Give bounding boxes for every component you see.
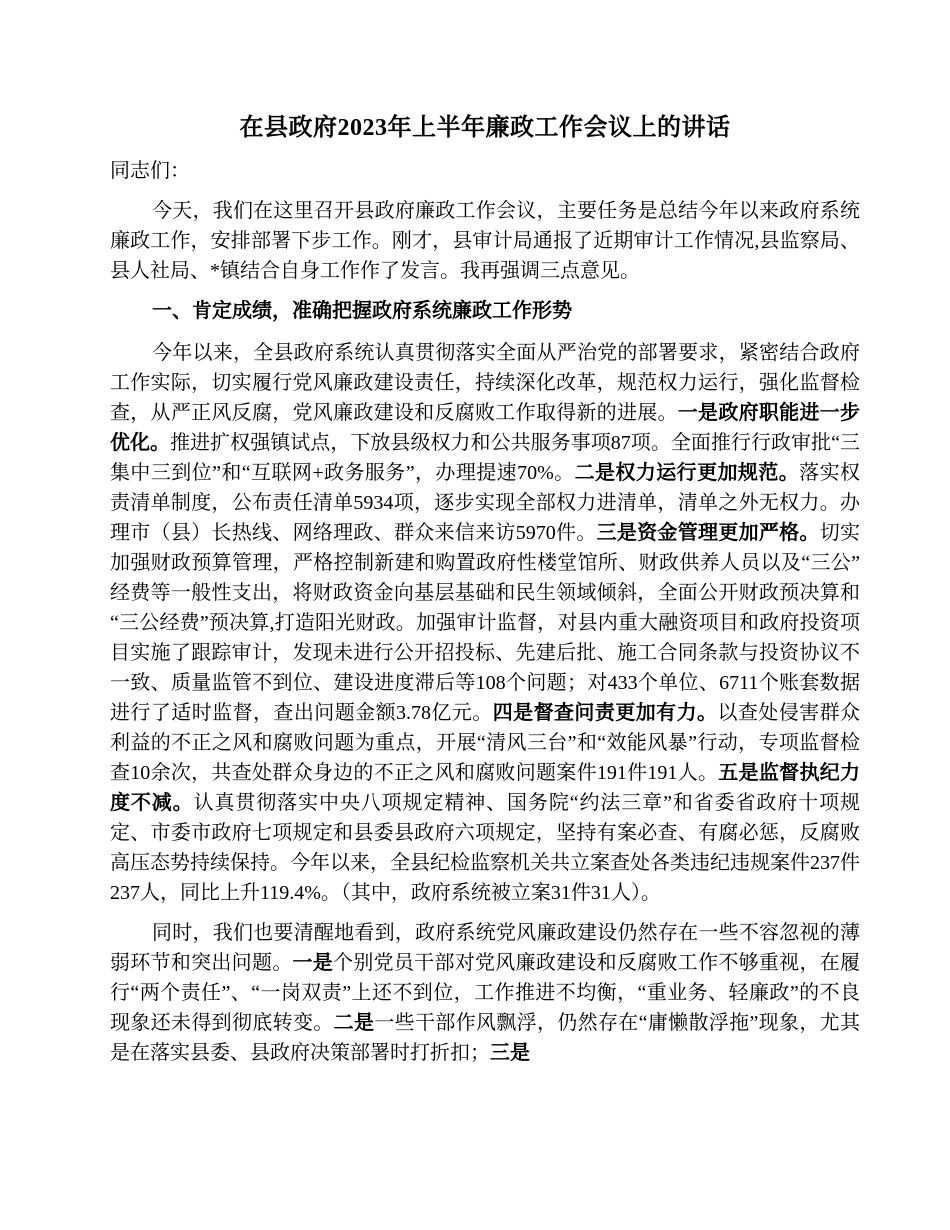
document-title: 在县政府2023年上半年廉政工作会议上的讲话 xyxy=(110,110,860,146)
body-paragraph: 今年以来，全县政府系统认真贯彻落实全面从严治党的部署要求，紧密结合政府工作实际，… xyxy=(110,338,860,908)
bold-text-run: 一是 xyxy=(293,952,334,974)
bold-text-run: 三是资金管理更加严格。 xyxy=(597,522,820,544)
document-page: 在县政府2023年上半年廉政工作会议上的讲话 同志们：今天，我们在这里召开县政府… xyxy=(0,0,950,1230)
text-run: 今天，我们在这里召开县政府廉政工作会议，主要任务是总结今年以来政府系统廉政工作，… xyxy=(110,200,860,282)
document-body: 同志们：今天，我们在这里召开县政府廉政工作会议，主要任务是总结今年以来政府系统廉… xyxy=(110,156,860,1068)
bold-text-run: 二是 xyxy=(334,1012,375,1034)
text-run: 同志们： xyxy=(110,160,190,182)
bold-text-run: 一、肯定成绩，准确把握政府系统廉政工作形势 xyxy=(152,300,572,322)
bold-text-run: 三是 xyxy=(490,1042,530,1064)
body-paragraph: 同时，我们也要清醒地看到，政府系统党风廉政建设仍然存在一些不容忽视的薄弱环节和突… xyxy=(110,918,860,1068)
bold-text-run: 四是督查问责更加有力。 xyxy=(493,702,718,724)
text-run: 认真贯彻落实中央八项规定精神、国务院“约法三章”和省委省政府十项规定、市委市政府… xyxy=(110,792,860,904)
section-heading: 一、肯定成绩，准确把握政府系统廉政工作形势 xyxy=(110,296,860,326)
bold-text-run: 二是权力运行更加规范。 xyxy=(575,462,800,484)
text-run: 切实加强财政预算管理，严格控制新建和购置政府性楼堂馆所、财政供养人员以及“三公”… xyxy=(110,522,860,724)
salutation-line: 同志们： xyxy=(110,156,860,186)
body-paragraph: 今天，我们在这里召开县政府廉政工作会议，主要任务是总结今年以来政府系统廉政工作，… xyxy=(110,196,860,286)
